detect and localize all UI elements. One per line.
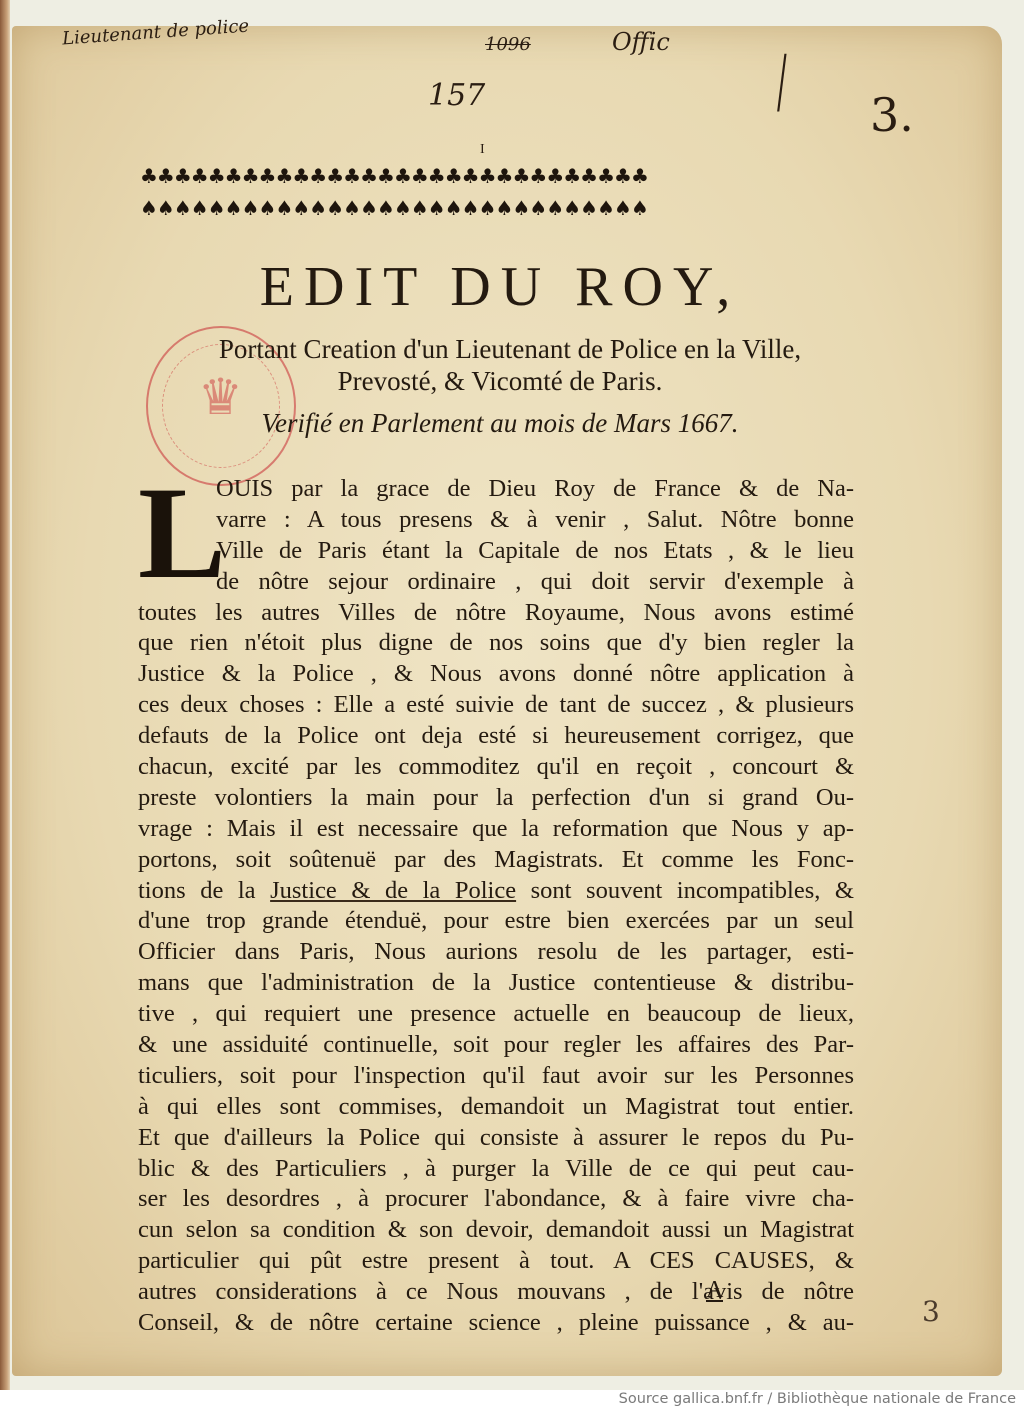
decorative-ornament-band: ♣♣♣♣♣♣♣♣♣♣♣♣♣♣♣♣♣♣♣♣♣♣♣♣♣♣♣♣♣♣ ♠♠♠♠♠♠♠♠♠…: [140, 162, 846, 222]
subtitle-line-2: Prevosté, & Vicomté de Paris.: [0, 366, 1000, 397]
body-line: defauts de la Police ont deja esté si he…: [138, 721, 854, 752]
body-line: blic & des Particuliers , à purger la Vi…: [138, 1154, 854, 1185]
handwritten-slash-mark: /: [777, 40, 786, 122]
handwritten-crossed-number: 1096: [485, 34, 531, 55]
body-line: toutes les autres Villes de nôtre Royaum…: [138, 598, 854, 629]
handwritten-offic-note: Offic: [612, 28, 670, 56]
body-line: cun selon sa condition & son devoir, dem…: [138, 1215, 854, 1246]
handwritten-bottom-number: 3: [922, 1295, 940, 1328]
handwritten-corner-number: 3.: [870, 88, 914, 142]
body-line: particulier qui pût estre present à tout…: [138, 1246, 854, 1277]
body-line: chacun, excité par les commoditez qu'il …: [138, 752, 854, 783]
body-line: mans que l'administration de la Justice …: [138, 968, 854, 999]
body-line: OUIS par la grace de Dieu Roy de France …: [138, 474, 854, 505]
handwritten-shelf-mark: 157: [428, 78, 485, 113]
body-line: preste volontiers la main pour la perfec…: [138, 783, 854, 814]
signature-mark: A: [706, 1280, 723, 1302]
fleuron-row-icon: ♣♣♣♣♣♣♣♣♣♣♣♣♣♣♣♣♣♣♣♣♣♣♣♣♣♣♣♣♣♣: [140, 162, 846, 190]
body-line: d'une trop grande étenduë, pour estre bi…: [138, 906, 854, 937]
body-line: Ville de Paris étant la Capitale de nos …: [138, 536, 854, 567]
body-line: vrage : Mais il est necessaire que la re…: [138, 814, 854, 845]
body-line-with-underline: tions de la Justice & de la Police sont …: [138, 876, 854, 907]
body-line: ces deux choses : Elle a esté suivie de …: [138, 690, 854, 721]
body-text: OUIS par la grace de Dieu Roy de France …: [138, 474, 854, 1339]
body-line: ser les desordres , à procurer l'abondan…: [138, 1184, 854, 1215]
body-line: autres considerations à ce Nous mouvans …: [138, 1277, 854, 1308]
book-binding-edge: [0, 0, 10, 1390]
subtitle-line-1: Portant Creation d'un Lieutenant de Poli…: [10, 334, 1010, 365]
body-line: Conseil, & de nôtre certaine science , p…: [138, 1308, 854, 1339]
folio-mark: I: [480, 142, 485, 158]
body-line: ticuliers, soit pour l'inspection qu'il …: [138, 1061, 854, 1092]
body-line: Justice & la Police , & Nous avons donné…: [138, 659, 854, 690]
body-line: de nôtre sejour ordinaire , qui doit ser…: [138, 567, 854, 598]
body-line: tive , qui requiert une presence actuell…: [138, 999, 854, 1030]
document-title: EDIT DU ROY,: [0, 255, 1000, 319]
underlined-phrase: Justice & de la Police: [270, 877, 516, 904]
body-line: portons, soit soûtenuë par des Magistrat…: [138, 845, 854, 876]
body-line: & une assiduité continuelle, soit pour r…: [138, 1030, 854, 1061]
body-line: varre : A tous presens & à venir , Salut…: [138, 505, 854, 536]
body-line: Et que d'ailleurs la Police qui consiste…: [138, 1123, 854, 1154]
body-line: Officier dans Paris, Nous aurions resolu…: [138, 937, 854, 968]
verification-line: Verifié en Parlement au mois de Mars 166…: [0, 408, 1000, 439]
fleuron-row-icon: ♠♠♠♠♠♠♠♠♠♠♠♠♠♠♠♠♠♠♠♠♠♠♠♠♠♠♠♠♠♠: [140, 194, 846, 222]
body-line: que rien n'étoit plus digne de nos soins…: [138, 628, 854, 659]
body-line: à qui elles sont commises, demandoit un …: [138, 1092, 854, 1123]
source-credit: Source gallica.bnf.fr / Bibliothèque nat…: [619, 1391, 1016, 1407]
